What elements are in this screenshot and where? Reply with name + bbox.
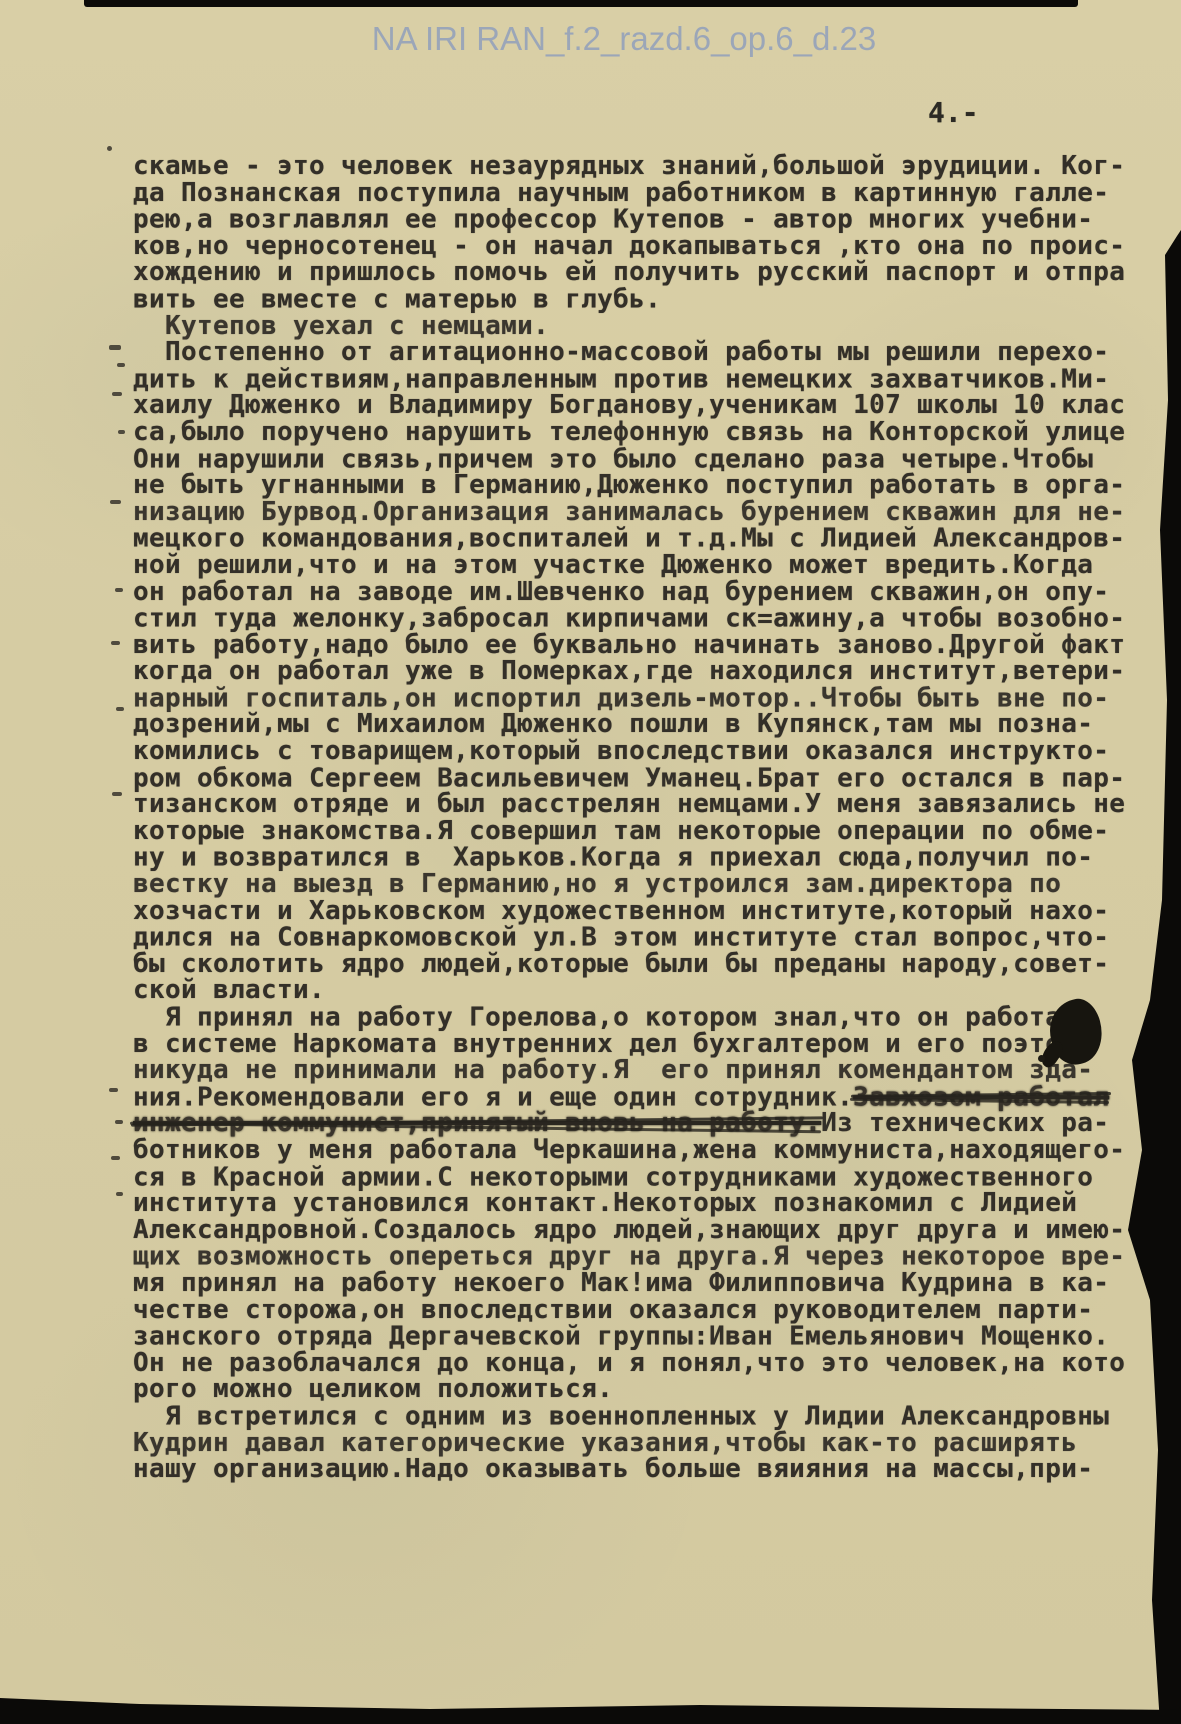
document-line: скамье - это человек незаурядных знаний,… xyxy=(133,153,1181,180)
scan-edge-bottom xyxy=(0,1694,1181,1724)
text-run: нашу организацию.Надо оказывать больше в… xyxy=(133,1454,1093,1484)
paper-speck xyxy=(117,363,125,367)
document-line: ром обкома Сергеем Васильевичем Уманец.Б… xyxy=(133,765,1181,792)
document-line: нашу организацию.Надо оказывать больше в… xyxy=(133,1456,1181,1483)
text-run: тизанском отряде и был расстрелян немцам… xyxy=(133,789,1125,819)
scanned-page: { "meta": { "watermark": "NA IRI RAN_f.2… xyxy=(0,0,1181,1724)
document-line: щих возможность опереться друг на друга.… xyxy=(133,1244,1181,1271)
document-line: рею,а возглавлял ее профессор Кутепов - … xyxy=(133,207,1181,234)
document-line: он работал на заводе им.Шевченко над бур… xyxy=(133,579,1181,606)
document-line: низацию Бурвод.Организация занималась бу… xyxy=(133,499,1181,526)
document-line: Я встретился с одним из военнопленных у … xyxy=(133,1403,1181,1430)
paper-speck xyxy=(116,1192,123,1196)
text-run: да Познанская поступила научным работник… xyxy=(133,178,1109,208)
document-line: дился на Совнаркомовской ул.В этом инсти… xyxy=(133,925,1181,952)
text-run: са,было поручено нарушить телефонную свя… xyxy=(133,417,1125,447)
document-line: тизанском отряде и был расстрелян немцам… xyxy=(133,791,1181,818)
document-line: ся в Красной армии.С некоторыми сотрудни… xyxy=(133,1164,1181,1191)
document-line: Кутепов уехал с немцами. xyxy=(133,313,1181,340)
text-run: скамье - это человек незаурядных знаний,… xyxy=(133,151,1125,181)
document-line: хождению и пришлось помочь ей получить р… xyxy=(133,259,1181,286)
document-line: Кудрин давал категорические указания,что… xyxy=(133,1430,1181,1457)
document-line: ния.Рекомендовали его я и еще один сотру… xyxy=(133,1084,1181,1111)
page-number: 4.- xyxy=(928,98,979,128)
document-line: нарный госпиталь,он испортил дизель-мото… xyxy=(133,685,1181,712)
text-run: которые знакомства.Я совершил там некото… xyxy=(133,816,1109,846)
document-line: Они нарушили связь,причем это было сдела… xyxy=(133,446,1181,473)
document-line: Постепенно от агитационно-массовой работ… xyxy=(133,339,1181,366)
paper-speck xyxy=(118,430,125,434)
document-line: Александровной.Создалось ядро людей,знаю… xyxy=(133,1217,1181,1244)
paper-speck xyxy=(110,500,121,504)
document-line: которые знакомства.Я совершил там некото… xyxy=(133,818,1181,845)
text-run: дозрений,мы с Михаилом Дюженко пошли в К… xyxy=(133,709,1093,739)
text-run: никуда не принимали на работу.Я его прин… xyxy=(133,1055,1093,1085)
struck-text: инженер коммунист,принятый вновь на рабо… xyxy=(133,1108,821,1138)
document-line: дить к действиям,направленным против нем… xyxy=(133,366,1181,393)
paper-speck xyxy=(111,641,120,645)
text-run: Из технических ра- xyxy=(821,1108,1109,1138)
text-run: ской власти. xyxy=(133,975,325,1005)
document-line: да Познанская поступила научным работник… xyxy=(133,180,1181,207)
text-run: он работал на заводе им.Шевченко над бур… xyxy=(133,577,1109,607)
paper-speck xyxy=(107,146,112,151)
document-line: честве сторожа,он впоследствии оказался … xyxy=(133,1297,1181,1324)
document-line: когда он работал уже в Померках,где нахо… xyxy=(133,658,1181,685)
scan-edge-top xyxy=(84,0,1078,7)
document-line: мя принял на работу некоего Мак!има Фили… xyxy=(133,1270,1181,1297)
document-line: дозрений,мы с Михаилом Дюженко пошли в К… xyxy=(133,711,1181,738)
text-run: Постепенно от агитационно-массовой работ… xyxy=(133,337,1109,367)
ink-blot xyxy=(1050,1000,1102,1064)
document-line: ков,но черносотенец - он начал докапыват… xyxy=(133,233,1181,260)
text-run: Александровной.Создалось ядро людей,знаю… xyxy=(133,1215,1125,1245)
document-line: вить ее вместе с матерью в глубь. xyxy=(133,286,1181,313)
text-run: хаилу Дюженко и Владимиру Богданову,учен… xyxy=(133,390,1125,420)
document-line: вестку на выезд в Германию,но я устроилс… xyxy=(133,871,1181,898)
document-line: ботников у меня работала Черкашина,жена … xyxy=(133,1137,1181,1164)
document-line: ской власти. xyxy=(133,977,1181,1004)
text-run: низацию Бурвод.Организация занималась бу… xyxy=(133,497,1125,527)
text-run: хозчасти и Харьковском художественном ин… xyxy=(133,896,1109,926)
paper-speck xyxy=(116,707,124,711)
text-run: Я встретился с одним из военнопленных у … xyxy=(133,1401,1109,1431)
document-line: ну и возвратился в Харьков.Когда я приех… xyxy=(133,845,1181,872)
document-line: института установился контакт.Некоторых … xyxy=(133,1190,1181,1217)
document-line: са,было поручено нарушить телефонную свя… xyxy=(133,419,1181,446)
text-run: ной решили,что и на этом участке Дюженко… xyxy=(133,550,1093,580)
text-run: Я принял на работу Горелова,о котором зн… xyxy=(133,1002,1077,1032)
text-run: вестку на выезд в Германию,но я устроилс… xyxy=(133,869,1061,899)
paper-speck xyxy=(109,345,121,350)
document-line: бы сколотить ядро людей,которые были бы … xyxy=(133,951,1181,978)
document-line: никуда не принимали на работу.Я его прин… xyxy=(133,1057,1181,1084)
document-line: в системе Наркомата внутренних дел бухга… xyxy=(133,1031,1181,1058)
text-run: Кудрин давал категорические указания,что… xyxy=(133,1428,1077,1458)
paper-speck xyxy=(115,588,123,592)
document-line: занского отряда Дергачевской группы:Иван… xyxy=(133,1324,1181,1351)
document-line: хаилу Дюженко и Владимиру Богданову,учен… xyxy=(133,392,1181,419)
text-run: рого можно целиком положиться. xyxy=(133,1374,613,1404)
paper-speck xyxy=(112,392,122,396)
document-text: скамье - это человек незаурядных знаний,… xyxy=(133,153,1181,1483)
document-line: не быть угнанными в Германию,Дюженко пос… xyxy=(133,472,1181,499)
text-run: института установился контакт.Некоторых … xyxy=(133,1188,1077,1218)
document-line: вить работу,надо было ее буквально начин… xyxy=(133,632,1181,659)
text-run: ботников у меня работала Черкашина,жена … xyxy=(133,1135,1125,1165)
text-run: вить ее вместе с матерью в глубь. xyxy=(133,284,661,314)
document-line: ной решили,что и на этом участке Дюженко… xyxy=(133,552,1181,579)
archive-watermark: NA IRI RAN_f.2_razd.6_op.6_d.23 xyxy=(372,20,876,58)
text-run: хождению и пришлось помочь ей получить р… xyxy=(133,257,1125,287)
text-run: не быть угнанными в Германию,Дюженко пос… xyxy=(133,470,1125,500)
paper-speck xyxy=(109,1088,118,1092)
document-line: комились с товарищем,который впоследстви… xyxy=(133,738,1181,765)
paper-speck xyxy=(115,1120,123,1124)
paper-speck xyxy=(111,1156,120,1160)
paper-speck xyxy=(112,792,122,796)
document-line: мецкого командования,воспиталей и т.д.Мы… xyxy=(133,526,1181,553)
text-run: комились с товарищем,который впоследстви… xyxy=(133,736,1109,766)
text-run: мя принял на работу некоего Мак!има Фили… xyxy=(133,1268,1109,1298)
text-run: когда он работал уже в Померках,где нахо… xyxy=(133,656,1125,686)
document-line: Он не разоблачался до конца, и я понял,ч… xyxy=(133,1350,1181,1377)
document-line: инженер коммунист,принятый вновь на рабо… xyxy=(133,1110,1181,1137)
ink-blot-dot xyxy=(1038,1055,1045,1062)
document-line: хозчасти и Харьковском художественном ин… xyxy=(133,898,1181,925)
document-line: рого можно целиком положиться. xyxy=(133,1376,1181,1403)
text-run: стил туда желонку,забросал кирпичами ск=… xyxy=(133,603,1125,633)
document-line: стил туда желонку,забросал кирпичами ск=… xyxy=(133,605,1181,632)
text-run: честве сторожа,он впоследствии оказался … xyxy=(133,1295,1093,1325)
document-line: Я принял на работу Горелова,о котором зн… xyxy=(133,1004,1181,1031)
